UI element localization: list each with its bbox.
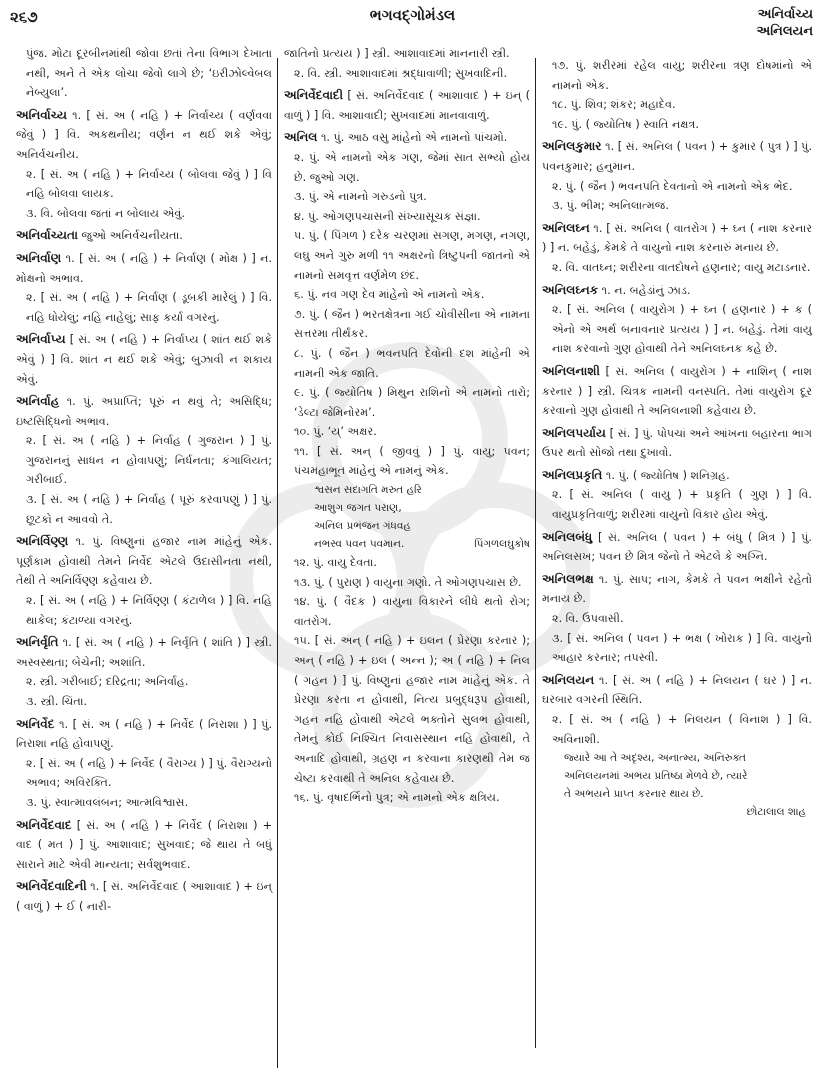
verse-line: નભસ્વ પવન પવમાન.પિંગળલઘુકોષ [284,535,530,553]
sense: ૨. પું. એ નામનો એક ગણ, જેમાં સાત સભ્યો હ… [284,148,530,187]
entry-anirvan: અનિર્વાણ ૧. [ સં. અ ( નહિ ) + નિર્વાણ ( … [16,249,272,327]
sense: ૩. [ સં. અ ( નહિ ) + નિર્વાહ ( પૂરું કરવ… [16,490,272,529]
column-left: પુંજ. મોટા દૂરબીનમાંથી જોવા છતાં તેના વિ… [16,44,272,920]
sense: ૩. [ સં. અનિલ ( પવન ) + ભક્ષ ( ખોરાક ) ]… [542,629,812,668]
sense: ૧. પું. ( જ્યોતિષ ) શનિગ્રહ. [606,469,730,482]
sense: ૩. પું. સ્વાત્માવલંબન; આત્મવિશ્વાસ. [16,793,272,813]
sense: ૧૨. પું. વાયુ દેવતા. [284,553,530,573]
entry-anirvapya: અનિર્વાપ્ય [ સં. અ ( નહિ ) + નિર્વાપ્ય (… [16,330,272,389]
headword: અનિર્વાહ [16,394,59,408]
column-middle: જાતિનો પ્રત્યય ) ] સ્ત્રી. આશાવાદમાં માન… [284,44,530,811]
column-divider [277,58,278,1068]
sense: ૨. વિ. વાતઘ્ન; શરીરના વાતદોષને હણનાર; વા… [542,258,812,278]
book-title: ભગવદ્ગોમંડલ [0,6,825,24]
entry-continuation: જાતિનો પ્રત્યય ) ] સ્ત્રી. આશાવાદમાં માન… [284,44,530,83]
verse-block: શ્વસન સદાગતિ મરુત હરિ આશુગ જગત પરાણ, અનિ… [284,481,530,553]
guide-word-first: અનિર્વાચ્ય [757,6,814,23]
entry-continuation: ૧૭. પું. શરીરમાં રહેલ વાયુ; શરીરના ત્રણ … [542,56,812,134]
headword: અનિર્વાચ્ય [16,108,67,122]
entry-anil: અનિલ ૧. પું. આઠ વસુ માંહેનો એ નામનો પાંચ… [284,128,530,807]
sense: ૩. પું. ભીમ; અનિલાત્મજ. [542,196,812,216]
sense: ૨. સ્ત્રી. ગરીબાઈ; દરિદ્રતા; અનિર્વાહ. [16,672,272,692]
entry-anilkumar: અનિલકુમાર ૧. [ સં. અનિલ ( પવન ) + કુમાર … [542,137,812,215]
guide-words: અનિર્વાચ્ય અનિલયન [757,6,814,40]
entry-anilbhaksh: અનિલભક્ષ ૧. પું. સાપ; નાગ, કેમકે તે પવન … [542,570,812,668]
quote-line: તે અભયને પ્રાપ્ત કરનાર થાય છે. [542,785,812,803]
sense: ૫. પું. ( પિંગળ ) દરેક ચરણમાં સગણ, મગણ, … [284,226,530,285]
sense: ૨. વિ. સ્ત્રી. આશાવાદમાં શ્રદ્ધાવાળી; સુ… [284,64,530,84]
sense: ૧૬. પું. વૃષાદર્ભિનો પુત્ર; એ નામનો એક ક… [284,788,530,808]
headword: અનિર્વાચ્યતા [16,228,78,242]
entry-anilprakruti: અનિલપ્રકૃતિ ૧. પું. ( જ્યોતિષ ) શનિગ્રહ.… [542,466,812,525]
sense: ૨. [ સં. અનિલ ( વાયુરોગ ) + ઘ્ન ( હણનાર … [542,300,812,359]
sense: ૧૭. પું. શરીરમાં રહેલ વાયુ; શરીરના ત્રણ … [542,56,812,95]
guide-word-last: અનિલયન [757,23,814,40]
sense: ૧૦. પું. ‘ય્’ અક્ષર. [284,422,530,442]
sense: ૯. પું. ( જ્યોતિષ ) મિથુન રાશિનો એ નામનો… [284,383,530,422]
sense: ૨. [ સં. અ ( નહિ ) + નિલયન ( વિનાશ ) ] વ… [542,710,812,749]
headword: અનિર્વૃતિ [16,635,58,649]
column-divider [535,58,536,1048]
entry-anirvedvad: અનિર્વેદવાદ [ સં. અ ( નહિ ) + નિર્વેદ ( … [16,816,272,875]
headword: અનિર્વેદવાદ [16,818,72,832]
quotation-block: જ્યારે આ તે અદૃશ્ય, અનાત્મ્ય, અનિરુક્ત અ… [542,749,812,823]
entry-anilnashi: અનિલનાશી [ સં. અનિલ ( વાયુરોગ ) + નાશિન્… [542,362,812,421]
sense: ૧૮. પું. શિવ; શંકર; મહાદેવ. [542,95,812,115]
headword: અનિલ [284,130,317,144]
headword: અનિલઘ્નક [542,283,598,297]
sense: ૨. [ સં. અ ( નહિ ) + નિર્વાહ ( ગુજરાન ) … [16,431,272,490]
entry-continuation: પુંજ. મોટા દૂરબીનમાંથી જોવા છતાં તેના વિ… [16,44,272,103]
entry-anilbandhu: અનિલબંધુ [ સં. અનિલ ( પવન ) + બંધુ ( મિત… [542,528,812,567]
sense: ૨. [ સં. અનિલ ( વાયુ ) + પ્રકૃતિ ( ગુણ )… [542,485,812,524]
sense: ૨. [ સં. અ ( નહિ ) + નિર્વેદ ( વૈરાગ્ય )… [16,754,272,793]
sense: ૩. વિ. બોલવા જતાં ન બોલાય એવું. [16,204,272,224]
headword: અનિલપ્રકૃતિ [542,468,602,482]
headword: અનિર્વેદવાદિની [16,879,87,893]
page-header: ૨૬૭ ભગવદ્ગોમંડલ અનિર્વાચ્ય અનિલયન [0,0,825,44]
sense: ૧૩. પું. ( પુરાણ ) વાયુના ગણો. તે ઓગણપચા… [284,573,530,593]
entry-anilparyay: અનિલપર્યાય [ સં. ] પું. પોપચાં અને આંખના… [542,424,812,463]
sense: ૨. વિ. ઉપવાસી. [542,609,812,629]
sense: ૮. પું. ( જૈન ) ભવનપતિ દેવોની દશ માંહેની… [284,344,530,383]
sense: ૧૫. [ સં. અન્ ( નહિ ) + ઇલન ( પ્રેરણા કર… [284,631,530,788]
sense: ૧. [ સં. અ ( નહિ ) + નિર્વેદ ( નિરાશા ) … [16,718,272,751]
headword: અનિલબંધુ [542,530,592,544]
entry-anirvachyata: અનિર્વાચ્યતા જુઓ અનિર્વચનીયતા. [16,226,272,246]
sense: ૨. [ સં. અ ( નહિ ) + નિર્વાચ્ય ( બોલવા જ… [16,165,272,204]
sense: ૪. પું. ઓગણપચાસની સંખ્યાસૂચક સંજ્ઞા. [284,207,530,227]
entry-anirvinna: અનિર્વિણ્ણ ૧. પું. વિષ્ણુનાં હજાર નામ મા… [16,532,272,630]
sense: ૬. પું. નવ ગણ દેવ માંહેનો એ નામનો એક. [284,285,530,305]
sense: ૭. પું. ( જૈન ) ભરતક્ષેત્રના ગઈ ચોવીસીના… [284,305,530,344]
verse-line: શ્વસન સદાગતિ મરુત હરિ [284,481,530,499]
sense: ૨. પું. ( જૈન ) ભવનપતિ દેવતાનો એ નામનો એ… [542,177,812,197]
headword: અનિર્વેદવાદી [284,88,343,102]
headword: અનિલકુમાર [542,139,601,153]
sense: ૨. [ સં. અ ( નહિ ) + નિર્વાણ ( ડૂબકી માર… [16,288,272,327]
sense: ૧. ન. બહેડાંનું ઝાડ. [602,284,691,297]
headword: અનિલઘ્ન [542,221,590,235]
headword: અનિર્વિણ્ણ [16,534,68,548]
headword: અનિલયન [542,673,594,687]
headword: અનિલપર્યાય [542,426,606,440]
verse-line: આશુગ જગત પરાણ, [284,499,530,517]
entry-anilayan: અનિલયન ૧. [ સં. અ ( નહિ ) + નિલયન ( ઘર )… [542,671,812,823]
sense: ૧૪. પું. ( વૈદક ) વાયુના વિકારને લીધે થત… [284,592,530,631]
quote-line: જ્યારે આ તે અદૃશ્ય, અનાત્મ્ય, અનિરુક્ત [542,749,812,767]
entry-anirvedvadi: અનિર્વેદવાદી [ સં. અનિર્વેદવાદ ( આશાવાદ … [284,86,530,125]
sense: ૧૯. પું. ( જ્યોતિષ ) સ્વાતિ નક્ષત્ર. [542,115,812,135]
sense: ૧. પું. આઠ વસુ માંહેનો એ નામનો પાંચમો. [321,131,507,144]
headword: અનિલનાશી [542,364,600,378]
entry-anirvedvadini: અનિર્વેદવાદિની ૧. [ સં. અનિર્વેદવાદ ( આશ… [16,877,272,916]
headword: અનિર્વેદ [16,717,55,731]
verse-source: પિંગળલઘુકોષ [474,535,530,553]
headword: અનિર્વાપ્ય [16,332,66,346]
quote-author: છોટાલાલ શાહ [542,803,812,823]
entry-anirvruti: અનિર્વૃતિ ૧. [ સં. અ ( નહિ ) + નિર્વૃતિ … [16,633,272,711]
sense: ૨. [ સં. અ ( નહિ ) + નિર્વિણ્ણ ( કંટાળેલ… [16,591,272,630]
headword: અનિર્વાણ [16,251,61,265]
verse-line: અનિલ પ્રભંજન ગંધવહ [284,517,530,535]
quote-line: અનિલયનમાં અભય પ્રતિષ્ઠા મેળવે છે, ત્યારે [542,767,812,785]
entry-anilghna: અનિલઘ્ન ૧. [ સં. અનિલ ( વાતરોગ ) + ઘ્ન (… [542,219,812,278]
sense: જુઓ અનિર્વચનીયતા. [81,229,182,242]
sense: ૩. પું. એ નામનો ગરુડનો પુત્ર. [284,187,530,207]
entry-anilghnak: અનિલઘ્નક ૧. ન. બહેડાંનું ઝાડ. ૨. [ સં. અ… [542,281,812,359]
headword: અનિલભક્ષ [542,572,594,586]
entry-anirvah: અનિર્વાહ ૧. પું. અપ્રાપ્તિ; પૂરું ન થવું… [16,392,272,529]
column-right: ૧૭. પું. શરીરમાં રહેલ વાયુ; શરીરના ત્રણ … [542,44,812,826]
sense: ૧૧. [ સં. અન્ ( જીવવું ) ] પું. વાયુ; પવ… [284,442,530,481]
sense: ૩. સ્ત્રી. ચિંતા. [16,692,272,712]
entry-anirvachya: અનિર્વાચ્ય ૧. [ સં. અ ( નહિ ) + નિર્વાચ્… [16,106,272,224]
entry-anirved: અનિર્વેદ ૧. [ સં. અ ( નહિ ) + નિર્વેદ ( … [16,715,272,813]
